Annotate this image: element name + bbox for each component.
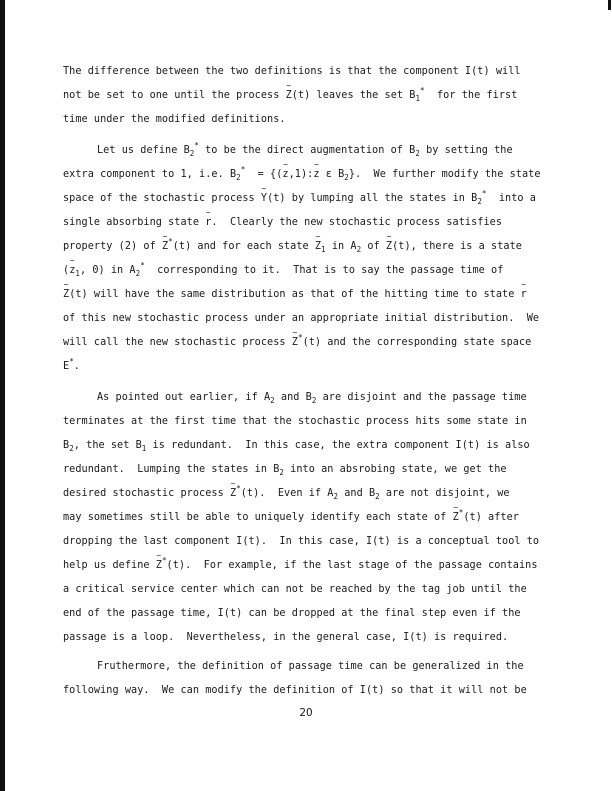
text-line: not be set to one until the process Z(t)… — [63, 90, 517, 102]
text-line: As pointed out earlier, if A2 and B2 are… — [97, 392, 527, 404]
scan-mark — [608, 0, 611, 10]
text-line: help us define Z*(t). For example, if th… — [63, 560, 538, 572]
text-line: (z1, 0) in A2* corresponding to it. That… — [63, 265, 503, 277]
text-line: The difference between the two definitio… — [63, 66, 521, 78]
text-line: terminates at the first time that the st… — [63, 416, 527, 428]
text-line: end of the passage time, I(t) can be dro… — [63, 608, 521, 620]
scan-edge-shadow — [0, 0, 5, 791]
text-line: following way. We can modify the definit… — [63, 685, 527, 697]
text-line: dropping the last component I(t). In thi… — [63, 536, 539, 548]
text-line: desired stochastic process Z*(t). Even i… — [63, 488, 510, 500]
text-line: space of the stochastic process Y(t) by … — [63, 193, 536, 205]
text-line: E*. — [63, 361, 80, 373]
text-line: will call the new stochastic process Z*(… — [63, 337, 531, 349]
document-page: The difference between the two definitio… — [0, 0, 612, 791]
text-line: Fruthermore, the definition of passage t… — [97, 661, 524, 673]
text-line: may sometimes still be able to uniquely … — [63, 512, 519, 524]
text-line: of this new stochastic process under an … — [63, 313, 539, 325]
text-line: single absorbing state r. Clearly the ne… — [63, 217, 502, 229]
text-line: redundant. Lumping the states in B2 into… — [63, 464, 507, 476]
text-line: time under the modified definitions. — [63, 114, 286, 126]
text-line: B2, the set B1 is redundant. In this cas… — [63, 440, 530, 452]
text-line: property (2) of Z*(t) and for each state… — [63, 241, 522, 253]
page-number: 20 — [0, 707, 612, 719]
text-line: a critical service center which can not … — [63, 584, 527, 596]
text-line: passage is a loop. Nevertheless, in the … — [63, 632, 508, 644]
text-line: Z(t) will have the same distribution as … — [63, 289, 527, 301]
text-line: extra component to 1, i.e. B2* = {(z,1):… — [63, 169, 541, 181]
text-line: Let us define B2* to be the direct augme… — [97, 145, 513, 157]
